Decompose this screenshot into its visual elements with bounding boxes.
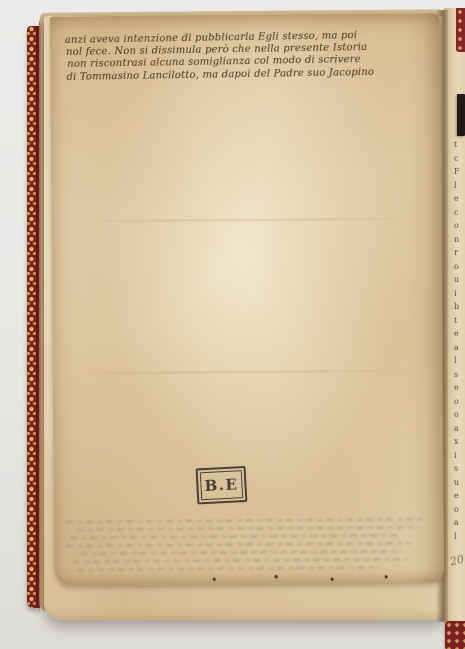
fold-crease	[68, 370, 427, 375]
edge-letter: t	[454, 141, 457, 149]
edge-letter: l	[454, 357, 457, 365]
printed-text-column-edge: tcFleconrouibtealseooaxisueoal	[454, 141, 465, 541]
edge-letter: x	[454, 438, 459, 446]
ink-specks	[204, 574, 404, 584]
edge-letter: s	[454, 465, 458, 473]
library-stamp: B.E	[196, 466, 248, 505]
edge-letter: e	[454, 195, 459, 203]
edge-letter: a	[454, 425, 459, 433]
edge-letter: o	[454, 222, 459, 230]
binding-corner-bottom-right	[445, 621, 465, 649]
manuscript-page: anzi aveva intenzione di pubblicarla Egl…	[50, 13, 444, 585]
ghost-text-line	[66, 518, 422, 524]
edge-letter: o	[454, 398, 459, 406]
binding-corner-top-right	[456, 8, 465, 52]
ghost-text-line	[80, 550, 400, 556]
edge-letter: b	[454, 303, 459, 311]
edge-letter: n	[454, 236, 459, 244]
edge-letter: e	[454, 384, 459, 392]
edge-letter: o	[454, 411, 459, 419]
edge-letter: a	[454, 344, 459, 352]
edge-letter: c	[454, 209, 458, 217]
gold-tooling-pattern	[27, 26, 36, 608]
edge-letter: s	[454, 371, 458, 379]
ghost-text-line	[66, 542, 411, 548]
edge-letter: a	[454, 519, 459, 527]
edge-letter: u	[454, 479, 459, 487]
handwritten-note: anzi aveva intenzione di pubblicarla Egl…	[65, 29, 428, 84]
edge-letter: l	[454, 533, 457, 541]
ghost-text-line	[73, 558, 408, 564]
edge-letter: i	[454, 290, 457, 298]
edge-letter: u	[454, 276, 459, 284]
edge-letter: i	[454, 452, 457, 460]
library-stamp-text: B.E	[200, 470, 243, 500]
edge-letter: o	[454, 263, 459, 271]
edge-letter: e	[454, 492, 459, 500]
edge-letter: c	[454, 155, 458, 163]
photo-open-antique-book: tcFleconrouibtealseooaxisueoal 20 anzi a…	[0, 0, 465, 649]
edge-letter: r	[454, 249, 458, 257]
edge-letter: o	[454, 506, 459, 514]
ghost-text-line	[76, 526, 418, 532]
ghost-text-line	[69, 534, 397, 540]
printed-woodcut-block	[457, 94, 465, 136]
handwritten-edge-mark: 20	[449, 552, 465, 568]
edge-letter: t	[454, 317, 457, 325]
ghost-text-line	[77, 566, 380, 571]
fold-crease	[67, 218, 426, 223]
show-through-text	[66, 518, 422, 572]
edge-letter: e	[454, 330, 459, 338]
edge-letter: l	[454, 182, 457, 190]
edge-letter: F	[454, 168, 460, 176]
